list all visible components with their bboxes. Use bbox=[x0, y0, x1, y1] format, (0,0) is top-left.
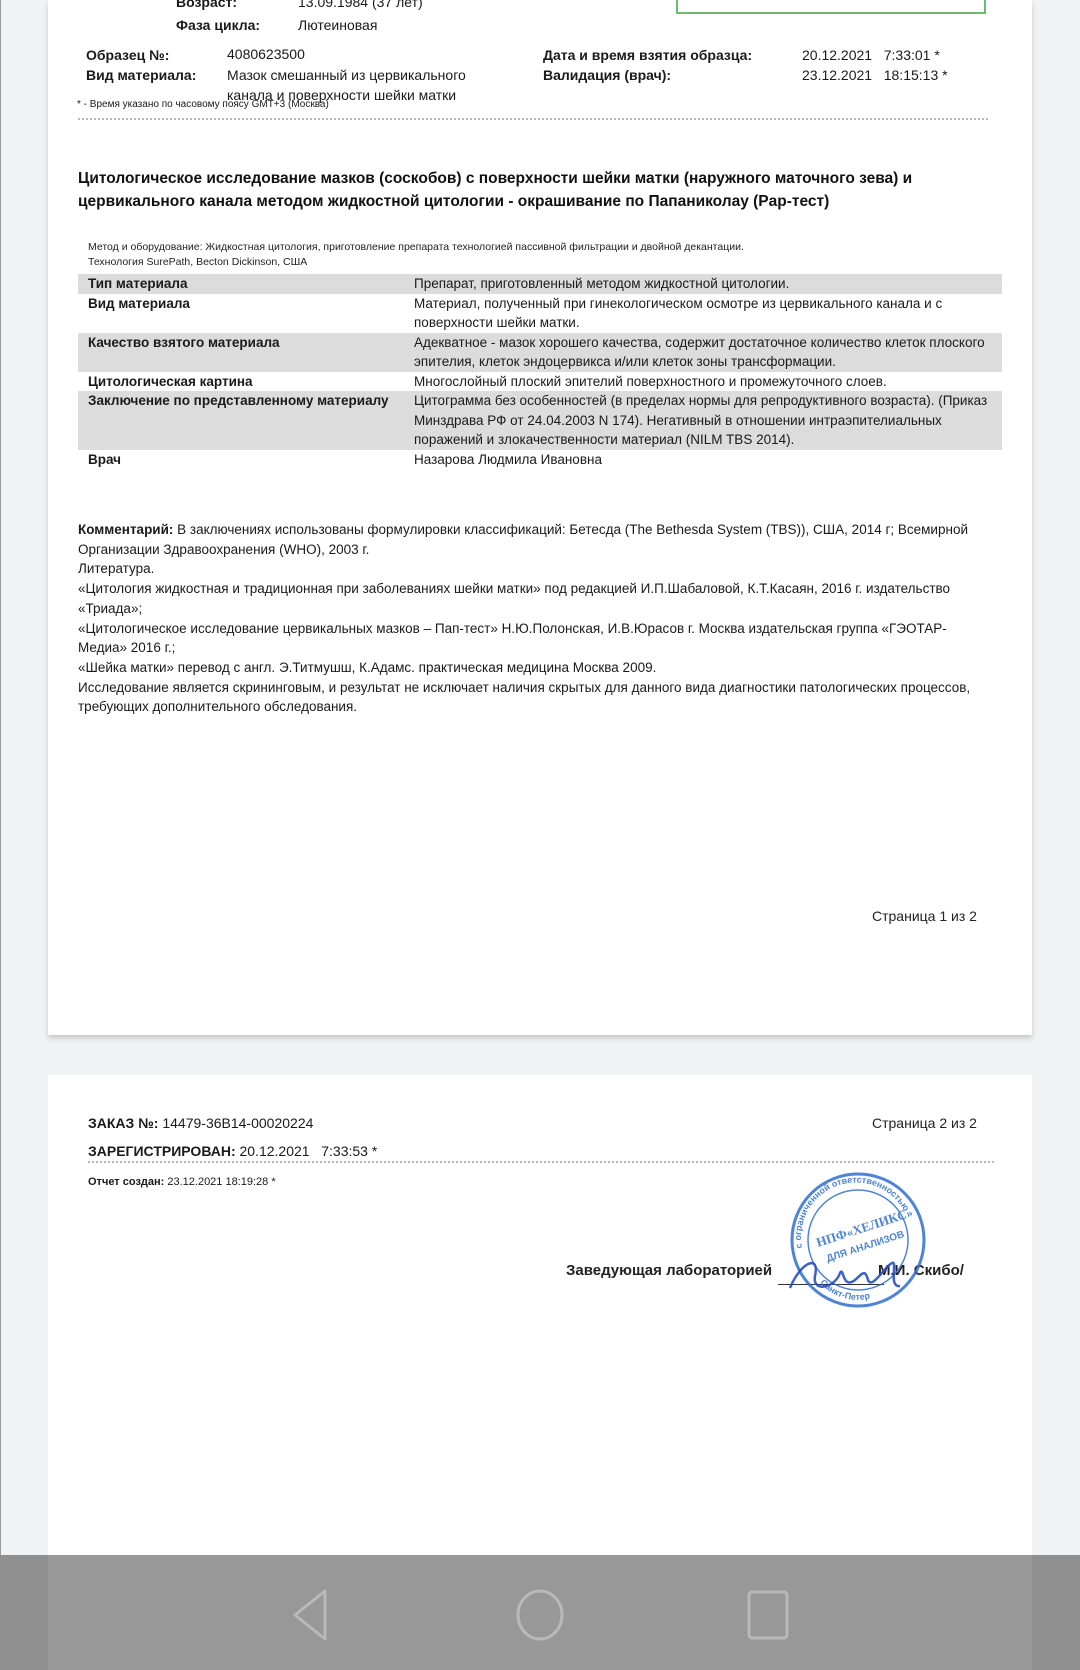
comment-paragraph: Комментарий: В заключениях использованы … bbox=[78, 520, 978, 559]
row-value: Материал, полученный при гинекологическо… bbox=[404, 294, 1002, 333]
back-triangle-icon bbox=[290, 1587, 330, 1643]
order-number: ЗАКАЗ №: 14479-36B14-00020224 bbox=[88, 1115, 313, 1131]
row-value: Препарат, приготовленный методом жидкост… bbox=[404, 274, 1002, 294]
home-circle-icon bbox=[514, 1587, 566, 1643]
method-line-2: Технология SurePath, Becton Dickinson, С… bbox=[88, 255, 988, 270]
table-row: Цитологическая картинаМногослойный плоск… bbox=[78, 372, 1002, 392]
table-row: ВрачНазарова Людмила Ивановна bbox=[78, 450, 1002, 470]
reference-3: «Шейка матки» перевод с англ. Э.Титмушш,… bbox=[78, 658, 978, 678]
registered-value: 20.12.2021 7:33:53 * bbox=[236, 1143, 378, 1159]
page-number-1: Страница 1 из 2 bbox=[872, 908, 977, 924]
disclaimer: Исследование является скрининговым, и ре… bbox=[78, 678, 978, 717]
study-title: Цитологическое исследование мазков (соск… bbox=[78, 168, 918, 213]
registered-label: ЗАРЕГИСТРИРОВАН: bbox=[88, 1143, 236, 1159]
row-key: Тип материала bbox=[78, 274, 404, 294]
literature-heading: Литература. bbox=[78, 559, 978, 579]
comment-section: Комментарий: В заключениях использованы … bbox=[78, 520, 978, 717]
report-label: Отчет создан: bbox=[88, 1176, 164, 1188]
order-label: ЗАКАЗ №: bbox=[88, 1115, 158, 1131]
separator bbox=[78, 118, 988, 120]
system-navigation-bar bbox=[0, 1555, 1080, 1670]
row-value: Назарова Людмила Ивановна bbox=[404, 450, 1002, 470]
stamp-icon: с ограниченной ответственностью НПФ«ХЕЛИ… bbox=[780, 1168, 930, 1308]
recents-button[interactable] bbox=[738, 1585, 798, 1645]
results-table: Тип материалаПрепарат, приготовленный ме… bbox=[78, 274, 1002, 469]
age-value: 13.09.1984 (37 лет) bbox=[298, 0, 423, 10]
method-line-1: Метод и оборудование: Жидкостная цитолог… bbox=[88, 240, 988, 255]
viewer-left-edge bbox=[0, 0, 1, 1555]
back-button[interactable] bbox=[280, 1585, 340, 1645]
sample-number-label: Образец №: bbox=[86, 47, 169, 63]
study-method: Метод и оборудование: Жидкостная цитолог… bbox=[88, 240, 988, 270]
age-label: Возраст: bbox=[176, 0, 237, 10]
row-value: Многослойный плоский эпителий поверхност… bbox=[404, 372, 1002, 392]
table-row: Вид материалаМатериал, полученный при ги… bbox=[78, 294, 1002, 333]
order-value: 14479-36B14-00020224 bbox=[158, 1115, 313, 1131]
recents-square-icon bbox=[746, 1589, 790, 1641]
timezone-note: * - Время указано по часовому поясу GMT+… bbox=[77, 99, 329, 110]
report-value: 23.12.2021 18:19:28 * bbox=[164, 1176, 275, 1188]
material-label: Вид материала: bbox=[86, 67, 196, 83]
row-key: Качество взятого материала bbox=[78, 333, 404, 372]
navbar-left-edge bbox=[0, 1555, 48, 1670]
validation-label: Валидация (врач): bbox=[543, 67, 671, 83]
document-page-1: Возраст: 13.09.1984 (37 лет) (звонки бес… bbox=[48, 0, 1032, 1035]
sample-taken-label: Дата и время взятия образца: bbox=[543, 47, 752, 63]
cycle-label: Фаза цикла: bbox=[176, 17, 260, 33]
cycle-value: Лютеиновая bbox=[298, 17, 377, 33]
table-row: Качество взятого материалаАдекватное - м… bbox=[78, 333, 1002, 372]
document-page-2: ЗАКАЗ №: 14479-36B14-00020224 Страница 2… bbox=[48, 1075, 1032, 1555]
row-key: Врач bbox=[78, 450, 404, 470]
signature-title: Заведующая лабораторией bbox=[566, 1262, 772, 1279]
reference-2: «Цитологическое исследование цервикальны… bbox=[78, 619, 978, 658]
table-row: Заключение по представленному материалуЦ… bbox=[78, 391, 1002, 450]
sample-number-value: 4080623500 bbox=[227, 46, 305, 62]
row-value: Цитограмма без особенностей (в пределах … bbox=[404, 391, 1002, 450]
reference-1: «Цитология жидкостная и традиционная при… bbox=[78, 579, 978, 618]
report-created: Отчет создан: 23.12.2021 18:19:28 * bbox=[88, 1176, 276, 1188]
row-key: Заключение по представленному материалу bbox=[78, 391, 404, 450]
comment-label: Комментарий: bbox=[78, 522, 173, 537]
navbar-right-edge bbox=[1032, 1555, 1080, 1670]
sample-taken-value: 20.12.2021 7:33:01 * bbox=[802, 47, 940, 63]
row-key: Цитологическая картина bbox=[78, 372, 404, 392]
row-value: Адекватное - мазок хорошего качества, со… bbox=[404, 333, 1002, 372]
material-value-line1: Мазок смешанный из цервикального bbox=[227, 67, 466, 83]
contact-box: (звонки бесплатны из любого региона РФ) bbox=[676, 0, 986, 14]
page-number-2: Страница 2 из 2 bbox=[872, 1115, 977, 1131]
registered: ЗАРЕГИСТРИРОВАН: 20.12.2021 7:33:53 * bbox=[88, 1143, 377, 1159]
validation-value: 23.12.2021 18:15:13 * bbox=[802, 67, 948, 83]
separator-2 bbox=[88, 1161, 994, 1163]
home-button[interactable] bbox=[510, 1585, 570, 1645]
row-key: Вид материала bbox=[78, 294, 404, 333]
comment-text: В заключениях использованы формулировки … bbox=[78, 522, 968, 557]
table-row: Тип материалаПрепарат, приготовленный ме… bbox=[78, 274, 1002, 294]
